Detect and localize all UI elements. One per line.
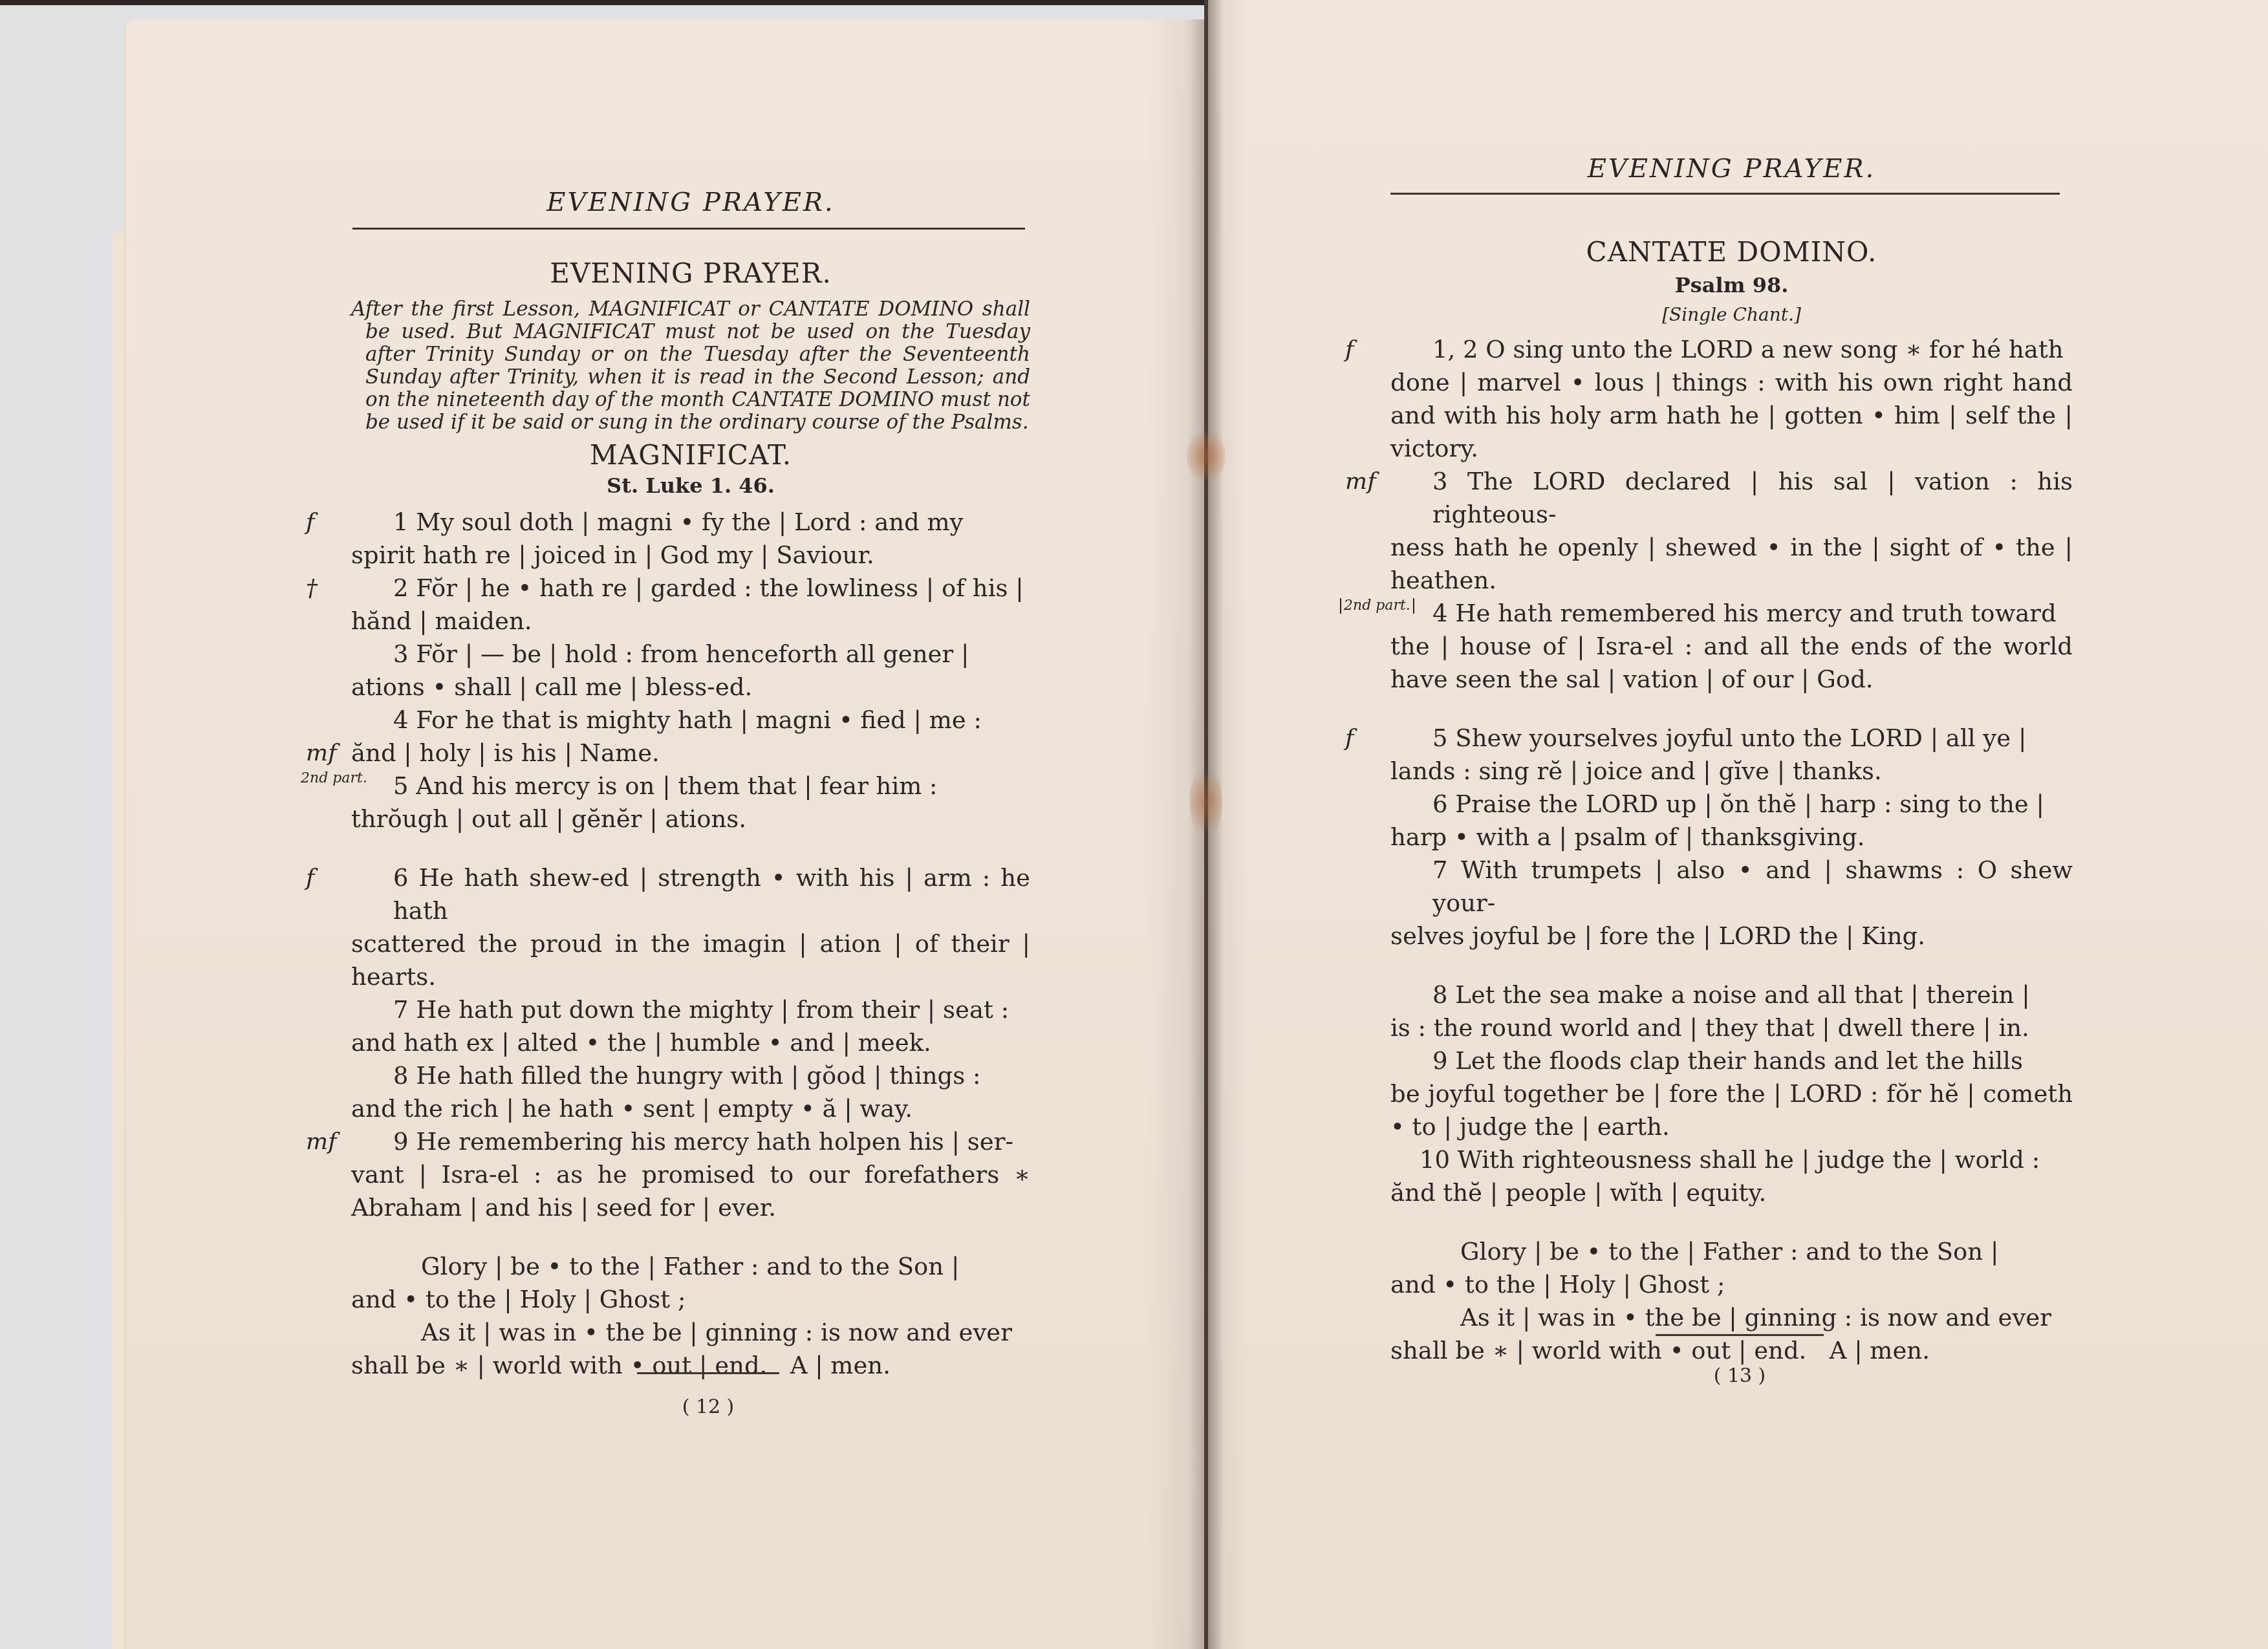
gloria-line: Glory | be • to the | Father : and to th…: [351, 1250, 1030, 1283]
foxing-stain: [1187, 427, 1226, 485]
verse: 2nd part. 5 And his mercy is on | them t…: [351, 770, 1030, 835]
canticle-source: St. Luke 1. 46.: [351, 473, 1030, 498]
verse-first-line: 1, 2 O sing unto the LORD a new song ∗ f…: [1390, 333, 2073, 366]
right-header-rule: [1390, 193, 2060, 195]
verse-first-line: 9 Let the floods clap their hands and le…: [1390, 1044, 2073, 1077]
section-title: EVENING PRAYER.: [351, 257, 1030, 289]
verse: 6 Praise the LORD up | ŏn thĕ | harp : s…: [1390, 788, 2073, 854]
right-page-number: ( 13 ): [1665, 1364, 1814, 1387]
verse-continuation: ations • shall | call me | bless-ed.: [351, 671, 1030, 704]
verse-continuation: be joyful together be | fore the | LORD …: [1390, 1077, 2073, 1143]
gloria-line: Glory | be • to the | Father : and to th…: [1390, 1235, 2073, 1268]
verse: 7 He hath put down the mighty | from the…: [351, 993, 1030, 1059]
verse-first-line: 3 The LORD declared | his sal | vation :…: [1390, 465, 2073, 531]
verse-continuation: lands : sing rĕ | joice and | gĭve | tha…: [1390, 755, 2073, 788]
verse: f 1 My soul doth | magni • fy the | Lord…: [351, 506, 1030, 572]
left-running-head: EVENING PRAYER.: [351, 188, 1030, 217]
verse-continuation: ness hath he openly | shewed • in the | …: [1390, 531, 2073, 597]
gloria-line: As it | was in • the be | ginning : is n…: [1390, 1301, 2073, 1334]
verse-continuation: spirit hath re | joiced in | God my | Sa…: [351, 539, 1030, 572]
verse-continuation: selves joyful be | fore the | LORD the |…: [1390, 920, 2073, 953]
canticle-source: Psalm 98.: [1390, 273, 2073, 297]
canticle-title: MAGNIFICAT.: [351, 439, 1030, 471]
dynamic-mark: f: [1345, 333, 1354, 366]
dynamic-mark: f: [1345, 722, 1354, 755]
verse-continuation: done | marvel • lous | things : with his…: [1390, 366, 2073, 465]
verse: f 5 Shew yourselves joyful unto the LORD…: [1390, 722, 2073, 788]
verse-continuation: ănd thĕ | people | wĭth | equity.: [1390, 1176, 2073, 1209]
gloria-patri: Glory | be • to the | Father : and to th…: [351, 1250, 1030, 1382]
dynamic-mark: f: [306, 506, 314, 539]
dynamic-mark: mf: [1345, 465, 1376, 498]
verse-continuation: the | house of | Isra-el : and all the e…: [1390, 630, 2073, 696]
dynamic-mark: mf: [306, 737, 336, 770]
verse-continuation: harp • with a | psalm of | thanksgiving.: [1390, 821, 2073, 854]
verse: 10 With righteousness shall he | judge t…: [1390, 1143, 2073, 1209]
verse-continuation: and the rich | he hath • sent | empty • …: [351, 1092, 1030, 1125]
verse: 8 Let the sea make a noise and all that …: [1390, 978, 2073, 1044]
gloria-line: shall be ∗ | world with • out | end. A |…: [1390, 1334, 2073, 1367]
foxing-stain: [1190, 763, 1222, 841]
dynamic-mark: f: [306, 861, 314, 894]
gloria-line: As it | was in • the be | ginning : is n…: [351, 1316, 1030, 1349]
verse: f 1, 2 O sing unto the LORD a new song ∗…: [1390, 333, 2073, 465]
gloria-patri: Glory | be • to the | Father : and to th…: [1390, 1235, 2073, 1367]
verse: 3 Fŏr | — be | hold : from henceforth al…: [351, 638, 1030, 704]
verse-first-line: 1 My soul doth | magni • fy the | Lord :…: [351, 506, 1030, 539]
verse-first-line: 6 He hath shew-ed | strength • with his …: [351, 861, 1030, 927]
verse-first-line: 7 With trumpets | also • and | shawms : …: [1390, 854, 2073, 920]
verse-first-line: 10 With righteousness shall he | judge t…: [1390, 1143, 2073, 1176]
verse-continuation: vant | Isra-el : as he promised to our f…: [351, 1158, 1030, 1224]
left-end-rule: [637, 1372, 779, 1374]
verse-first-line: 3 Fŏr | — be | hold : from henceforth al…: [351, 638, 1030, 671]
verse-first-line: 2 Fŏr | he • hath re | garded : the lowl…: [351, 572, 1030, 605]
left-page-content: EVENING PRAYER. After the first Lesson, …: [351, 257, 1030, 1382]
right-end-rule: [1656, 1334, 1824, 1336]
verse-first-line: 8 Let the sea make a noise and all that …: [1390, 978, 2073, 1011]
verse: 4 For he that is mighty hath | magni • f…: [351, 704, 1030, 770]
rubric: After the first Lesson, MAGNIFICAT or CA…: [351, 298, 1030, 434]
canticle-title: CANTATE DOMINO.: [1390, 236, 2073, 268]
dagger-mark: †: [306, 572, 318, 605]
right-page-content: CANTATE DOMINO. Psalm 98. [Single Chant.…: [1390, 236, 2073, 1367]
gloria-line: shall be ∗ | world with • out | end. A |…: [351, 1349, 1030, 1382]
verse-first-line: 6 Praise the LORD up | ŏn thĕ | harp : s…: [1390, 788, 2073, 821]
verse: mf 3 The LORD declared | his sal | vatio…: [1390, 465, 2073, 597]
verse-first-line: 4 He hath remembered his mercy and truth…: [1390, 597, 2073, 630]
verse-continuation: scattered the proud in the imagin | atio…: [351, 927, 1030, 993]
verse: 2nd part. 4 He hath remembered his mercy…: [1390, 597, 2073, 696]
verse: 8 He hath filled the hungry with | gŏod …: [351, 1059, 1030, 1125]
right-running-head: EVENING PRAYER.: [1390, 154, 2073, 184]
verse-continuation: thrŏugh | out all | gĕnĕr | ations.: [351, 803, 1030, 835]
verse-first-line: 5 Shew yourselves joyful unto the LORD |…: [1390, 722, 2073, 755]
left-header-rule: [352, 228, 1025, 230]
part-mark: 2nd part.: [1340, 598, 1414, 614]
verse-first-line: 7 He hath put down the mighty | from the…: [351, 993, 1030, 1026]
verse-first-line: 8 He hath filled the hungry with | gŏod …: [351, 1059, 1030, 1092]
verse-continuation: ănd | holy | is his | Name.: [351, 739, 660, 767]
verse-first-line: 4 For he that is mighty hath | magni • f…: [351, 704, 1030, 737]
chant-note: [Single Chant.]: [1390, 304, 2073, 325]
verse-continuation: and hath ex | alted • the | humble • and…: [351, 1026, 1030, 1059]
verse-first-line: 9 He remembering his mercy hath holpen h…: [351, 1125, 1030, 1158]
verse-continuation: hănd | maiden.: [351, 605, 1030, 638]
verse: mf 9 He remembering his mercy hath holpe…: [351, 1125, 1030, 1224]
part-mark: 2nd part.: [301, 771, 367, 786]
left-page-number: ( 12 ): [634, 1396, 783, 1418]
gloria-line: and • to the | Holy | Ghost ;: [351, 1283, 1030, 1316]
verse: f 6 He hath shew-ed | strength • with hi…: [351, 861, 1030, 993]
verse: 9 Let the floods clap their hands and le…: [1390, 1044, 2073, 1143]
verse-continuation: is : the round world and | they that | d…: [1390, 1011, 2073, 1044]
verse: † 2 Fŏr | he • hath re | garded : the lo…: [351, 572, 1030, 638]
dynamic-mark: mf: [306, 1125, 336, 1158]
verse-first-line: 5 And his mercy is on | them that | fear…: [351, 770, 1030, 803]
verse: 7 With trumpets | also • and | shawms : …: [1390, 854, 2073, 953]
gloria-line: and • to the | Holy | Ghost ;: [1390, 1268, 2073, 1301]
